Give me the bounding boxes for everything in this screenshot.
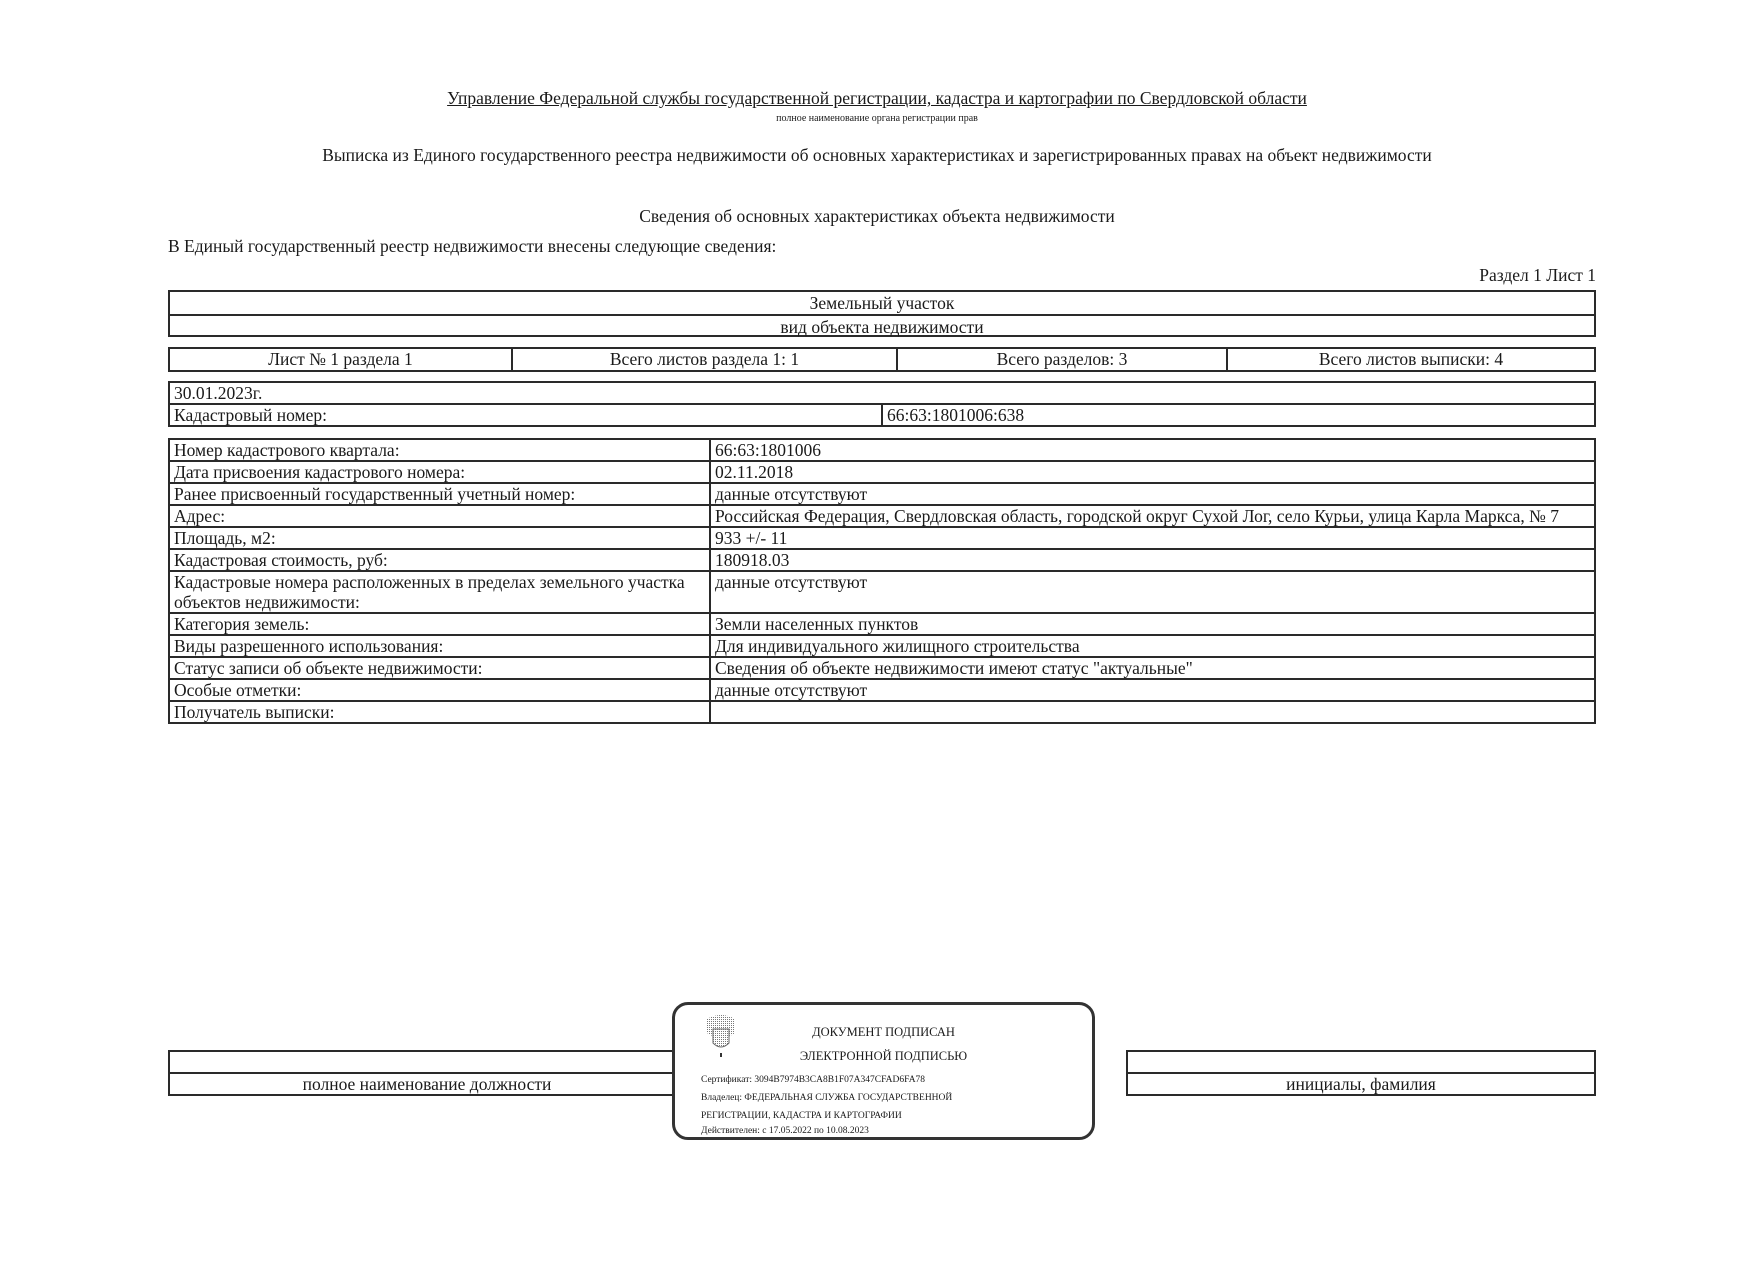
table-row: Ранее присвоенный государственный учетны… bbox=[169, 483, 1595, 505]
position-field bbox=[169, 1051, 685, 1073]
row-value: 02.11.2018 bbox=[710, 461, 1595, 483]
row-value: Земли населенных пунктов bbox=[710, 613, 1595, 635]
characteristics-table: Номер кадастрового квартала:66:63:180100… bbox=[168, 438, 1596, 724]
row-value: Для индивидуального жилищного строительс… bbox=[710, 635, 1595, 657]
position-caption: полное наименование должности bbox=[169, 1073, 685, 1095]
row-value: данные отсутствуют bbox=[710, 571, 1595, 613]
table-row: Адрес:Российская Федерация, Свердловская… bbox=[169, 505, 1595, 527]
sheet-number: Лист № 1 раздела 1 bbox=[169, 348, 512, 371]
table-row: Статус записи об объекте недвижимости:Св… bbox=[169, 657, 1595, 679]
table-row: Площадь, м2:933 +/- 11 bbox=[169, 527, 1595, 549]
row-value: 66:63:1801006 bbox=[710, 439, 1595, 461]
authority-name-text: Управление Федеральной службы государств… bbox=[447, 88, 1307, 108]
row-value bbox=[710, 701, 1595, 723]
authority-name: Управление Федеральной службы государств… bbox=[0, 88, 1754, 109]
row-value: данные отсутствуют bbox=[710, 679, 1595, 701]
row-value: 180918.03 bbox=[710, 549, 1595, 571]
sheets-total: Всего листов выписки: 4 bbox=[1227, 348, 1595, 371]
object-type-caption: вид объекта недвижимости bbox=[170, 314, 1594, 338]
row-label: Номер кадастрового квартала: bbox=[169, 439, 710, 461]
name-field bbox=[1127, 1051, 1595, 1073]
sheets-info-table: Лист № 1 раздела 1 Всего листов раздела … bbox=[168, 347, 1596, 372]
row-value: Российская Федерация, Свердловская облас… bbox=[710, 505, 1595, 527]
table-row: Особые отметки:данные отсутствуют bbox=[169, 679, 1595, 701]
table-row: Виды разрешенного использования:Для инди… bbox=[169, 635, 1595, 657]
section-sheet-label: Раздел 1 Лист 1 bbox=[1479, 265, 1596, 286]
row-value: Сведения об объекте недвижимости имеют с… bbox=[710, 657, 1595, 679]
stamp-certificate: Сертификат: 3094B7974B3CA8B1F07A347CFAD6… bbox=[701, 1075, 925, 1085]
cadastral-number-value: 66:63:1801006:638 bbox=[882, 404, 1595, 426]
stamp-owner-2: РЕГИСТРАЦИИ, КАДАСТРА И КАРТОГРАФИИ bbox=[701, 1111, 902, 1121]
intro-text: В Единый государственный реестр недвижим… bbox=[168, 236, 776, 257]
row-label: Ранее присвоенный государственный учетны… bbox=[169, 483, 710, 505]
document-title: Выписка из Единого государственного реес… bbox=[0, 145, 1754, 166]
row-label: Адрес: bbox=[169, 505, 710, 527]
row-label: Категория земель: bbox=[169, 613, 710, 635]
object-type: Земельный участок bbox=[170, 292, 1594, 314]
authority-caption: полное наименование органа регистрации п… bbox=[0, 113, 1754, 124]
row-label: Кадастровая стоимость, руб: bbox=[169, 549, 710, 571]
object-type-box: Земельный участок вид объекта недвижимос… bbox=[168, 290, 1596, 337]
row-label: Площадь, м2: bbox=[169, 527, 710, 549]
table-row: Номер кадастрового квартала:66:63:180100… bbox=[169, 439, 1595, 461]
record-header-table: 30.01.2023г. Кадастровый номер: 66:63:18… bbox=[168, 381, 1596, 427]
sheets-in-section: Всего листов раздела 1: 1 bbox=[512, 348, 897, 371]
table-row: Кадастровая стоимость, руб:180918.03 bbox=[169, 549, 1595, 571]
record-date: 30.01.2023г. bbox=[169, 382, 1595, 404]
table-row: Дата присвоения кадастрового номера:02.1… bbox=[169, 461, 1595, 483]
cadastral-number-label: Кадастровый номер: bbox=[169, 404, 882, 426]
row-label: Кадастровые номера расположенных в преде… bbox=[169, 571, 710, 613]
e-signature-stamp: ДОКУМЕНТ ПОДПИСАН ЭЛЕКТРОННОЙ ПОДПИСЬЮ С… bbox=[672, 1002, 1095, 1140]
table-row: Кадастровые номера расположенных в преде… bbox=[169, 571, 1595, 613]
stamp-line-1: ДОКУМЕНТ ПОДПИСАН bbox=[675, 1025, 1092, 1040]
section-title: Сведения об основных характеристиках объ… bbox=[0, 206, 1754, 227]
stamp-line-2: ЭЛЕКТРОННОЙ ПОДПИСЬЮ bbox=[675, 1049, 1092, 1064]
row-label: Статус записи об объекте недвижимости: bbox=[169, 657, 710, 679]
stamp-owner-1: Владелец: ФЕДЕРАЛЬНАЯ СЛУЖБА ГОСУДАРСТВЕ… bbox=[701, 1093, 952, 1103]
stamp-validity: Действителен: с 17.05.2022 по 10.08.2023 bbox=[701, 1126, 869, 1136]
row-label: Особые отметки: bbox=[169, 679, 710, 701]
row-value: 933 +/- 11 bbox=[710, 527, 1595, 549]
row-label: Получатель выписки: bbox=[169, 701, 710, 723]
row-label: Виды разрешенного использования: bbox=[169, 635, 710, 657]
row-label: Дата присвоения кадастрового номера: bbox=[169, 461, 710, 483]
name-caption: инициалы, фамилия bbox=[1127, 1073, 1595, 1095]
table-row: Получатель выписки: bbox=[169, 701, 1595, 723]
row-value: данные отсутствуют bbox=[710, 483, 1595, 505]
sections-total: Всего разделов: 3 bbox=[897, 348, 1227, 371]
table-row: Категория земель:Земли населенных пункто… bbox=[169, 613, 1595, 635]
